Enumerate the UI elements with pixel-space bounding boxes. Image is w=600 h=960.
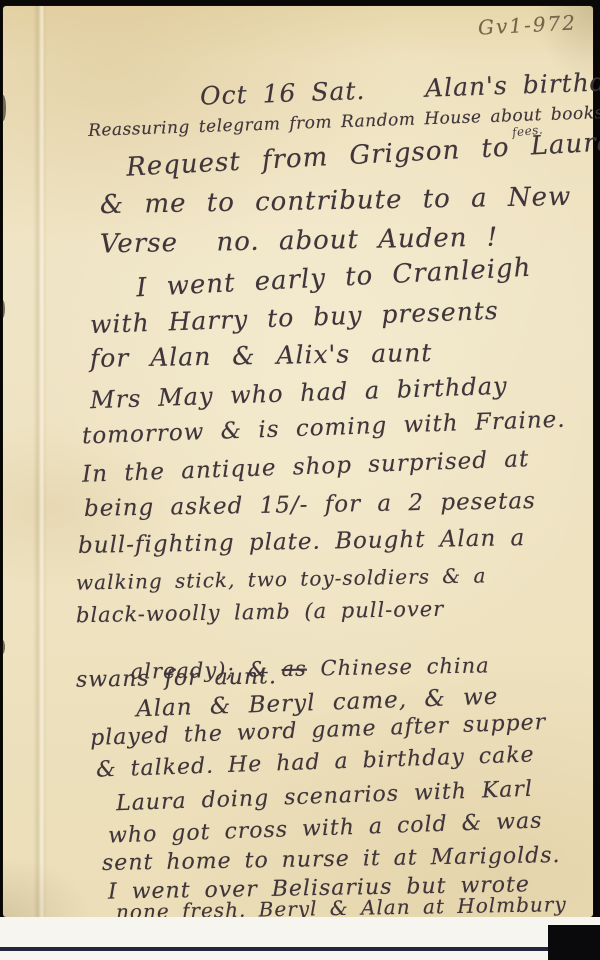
paper-crease bbox=[33, 6, 47, 917]
paper-edge-nick bbox=[0, 300, 5, 318]
diary-line: for Alan & Alix's aunt bbox=[90, 338, 433, 373]
scanned-diary-page: Gv1-972 Oct 16 Sat. Alan's birthday Reas… bbox=[0, 0, 600, 960]
corner-shade-bottom-left bbox=[3, 857, 93, 917]
struck-word: as bbox=[281, 657, 307, 681]
scanner-bed-shadow bbox=[548, 925, 600, 960]
paper-edge-nick bbox=[0, 95, 6, 121]
scanner-bed-line bbox=[0, 947, 548, 951]
diary-line-segment: Chinese china bbox=[307, 653, 490, 680]
diary-line: swans for aunt. bbox=[76, 664, 277, 693]
paper-edge-nick bbox=[0, 640, 5, 654]
scanner-bed-strip bbox=[0, 917, 600, 960]
